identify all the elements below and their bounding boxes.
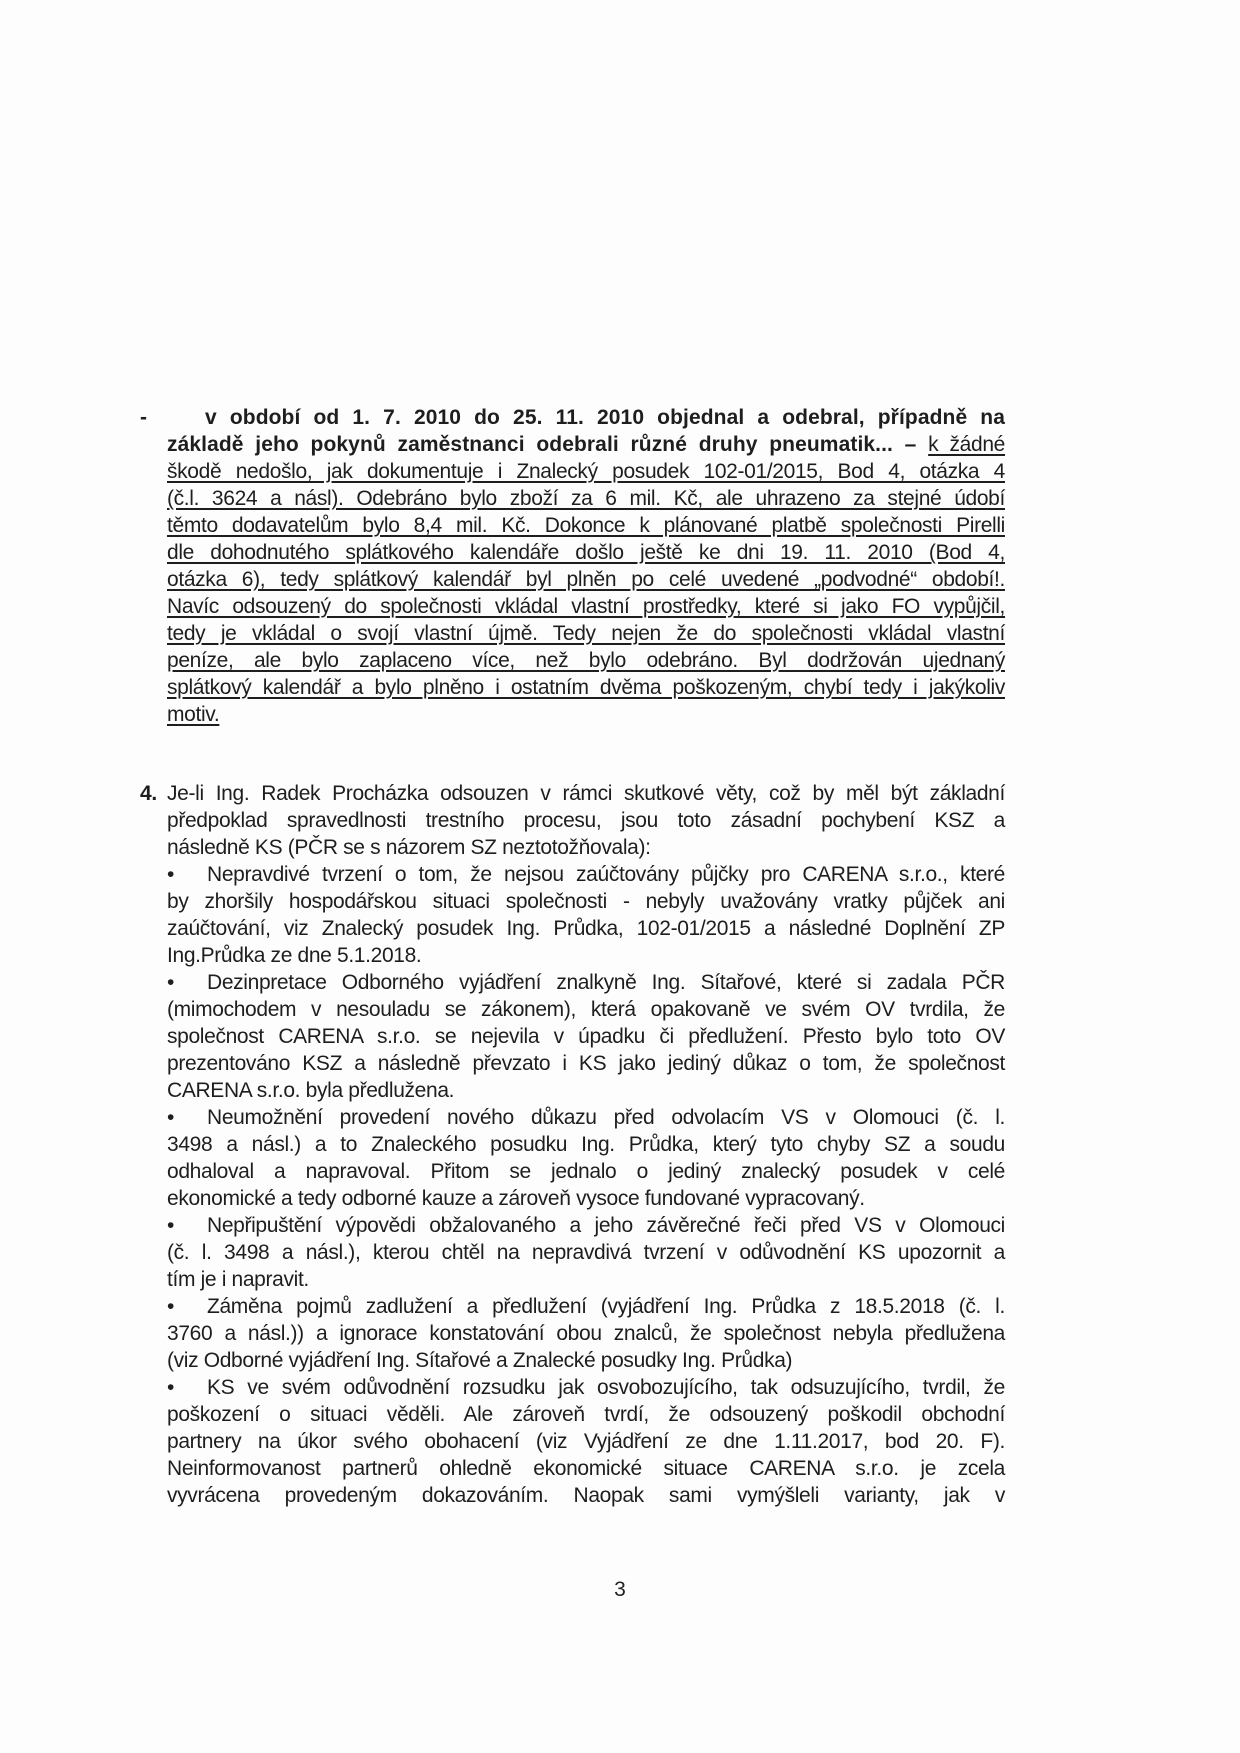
bullet-line: (č. l. 3498 a násl.), kterou chtěl na ne… xyxy=(167,1239,1005,1266)
bullet-line: Neinformovanost partnerů ohledně ekonomi… xyxy=(167,1455,1005,1482)
bullet-line: poškození o situaci věděli. Ale zároveň … xyxy=(167,1401,1005,1428)
paragraph-line: tedy je vkládal o svojí vlastní újmě. Te… xyxy=(167,620,1005,647)
bullet-line: partnery na úkor svého obohacení (viz Vy… xyxy=(167,1428,1005,1455)
bullet-icon: • xyxy=(167,1374,207,1401)
paragraph-line: (č.l. 3624 a násl). Odebráno bylo zboží … xyxy=(167,485,1005,512)
bullet-text: Nepravdivé tvrzení o tom, že nejsou zaúč… xyxy=(207,863,1005,886)
bullet-item: •KS ve svém odůvodnění rozsudku jak osvo… xyxy=(167,1374,1005,1509)
paragraph-line-underlined: k žádné xyxy=(928,433,1005,456)
bullet-line: zaúčtování, viz Znalecký posudek Ing. Pr… xyxy=(167,915,1005,942)
section-intro-line: předpoklad spravedlnosti trestního proce… xyxy=(167,807,1005,834)
bullet-line: společnost CARENA s.r.o. se nejevila v ú… xyxy=(167,1023,1005,1050)
bullet-icon: • xyxy=(167,1293,207,1320)
bullet-first-line: •Nepřipuštění výpovědi obžalovaného a je… xyxy=(167,1212,1005,1239)
bullet-line: 3498 a násl.) a to Znaleckého posudku In… xyxy=(167,1131,1005,1158)
section-intro-line: Je-li Ing. Radek Procházka odsouzen v rá… xyxy=(167,780,1005,807)
bullet-item: •Nepřipuštění výpovědi obžalovaného a je… xyxy=(167,1212,1005,1293)
paragraph-line: splátkový kalendář a bylo plněno i ostat… xyxy=(167,674,1005,701)
section-intro-line: následně KS (PČR se s názorem SZ neztoto… xyxy=(167,834,1005,861)
paragraph-line-bold: základě jeho pokynů zaměstnanci odebrali… xyxy=(167,433,928,456)
bullet-item: •Záměna pojmů zadlužení a předlužení (vy… xyxy=(167,1293,1005,1374)
bullet-first-line: •Záměna pojmů zadlužení a předlužení (vy… xyxy=(167,1293,1005,1320)
paragraph-line: dle dohodnutého splátkového kalendáře do… xyxy=(167,539,1005,566)
paragraph-line: otázka 6), tedy splátkový kalendář byl p… xyxy=(167,566,1005,593)
section-number: 4. xyxy=(140,780,157,807)
bullet-item: •Dezinpretace Odborného vyjádření znalky… xyxy=(167,969,1005,1104)
paragraph-dash-body: základě jeho pokynů zaměstnanci odebrali… xyxy=(167,431,1005,728)
bullet-line: ekonomické a tedy odborné kauze a zárove… xyxy=(167,1185,1005,1212)
paragraph-dash-first-line-wrap: v období od 1. 7. 2010 do 25. 11. 2010 o… xyxy=(205,404,1005,431)
paragraph-line: Navíc odsouzený do společnosti vkládal v… xyxy=(167,593,1005,620)
bullet-first-line: •Nepravdivé tvrzení o tom, že nejsou zaú… xyxy=(167,861,1005,888)
bullet-text: Nepřipuštění výpovědi obžalovaného a jeh… xyxy=(207,1214,1005,1237)
bullet-first-line: •Neumožnění provedení nového důkazu před… xyxy=(167,1104,1005,1131)
bullet-line: vyvrácena provedeným dokazováním. Naopak… xyxy=(167,1482,1005,1509)
bullet-line: by zhoršily hospodářskou situaci společn… xyxy=(167,888,1005,915)
list-dash-marker: - xyxy=(140,404,147,431)
bullet-item: •Neumožnění provedení nového důkazu před… xyxy=(167,1104,1005,1212)
bullet-first-line: •Dezinpretace Odborného vyjádření znalky… xyxy=(167,969,1005,996)
paragraph-line: peníze, ale bylo zaplaceno více, než byl… xyxy=(167,647,1005,674)
bullet-line: 3760 a násl.)) a ignorace konstatování o… xyxy=(167,1320,1005,1347)
bullet-text: Neumožnění provedení nového důkazu před … xyxy=(207,1106,1005,1129)
bullet-line: (mimochodem v nesouladu se zákonem), kte… xyxy=(167,996,1005,1023)
bullet-item: •Nepravdivé tvrzení o tom, že nejsou zaú… xyxy=(167,861,1005,969)
document-page: - v období od 1. 7. 2010 do 25. 11. 2010… xyxy=(0,0,1240,1753)
paragraph-line: škodě nedošlo, jak dokumentuje i Znaleck… xyxy=(167,458,1005,485)
bullet-line: (viz Odborné vyjádření Ing. Sítařové a Z… xyxy=(167,1347,1005,1374)
paragraph-line: základě jeho pokynů zaměstnanci odebrali… xyxy=(167,431,1005,458)
bullet-icon: • xyxy=(167,861,207,888)
paragraph-line: těmto dodavatelům bylo 8,4 mil. Kč. Doko… xyxy=(167,512,1005,539)
bullet-line: Ing.Průdka ze dne 5.1.2018. xyxy=(167,942,1005,969)
bullet-text: Záměna pojmů zadlužení a předlužení (vyj… xyxy=(207,1295,1005,1318)
paragraph-line: motiv. xyxy=(167,701,1005,728)
paragraph-line: v období od 1. 7. 2010 do 25. 11. 2010 o… xyxy=(205,404,1005,431)
section-4-intro: Je-li Ing. Radek Procházka odsouzen v rá… xyxy=(167,780,1005,861)
bullet-line: prezentováno KSZ a následně převzato i K… xyxy=(167,1050,1005,1077)
bullet-icon: • xyxy=(167,969,207,996)
bullet-text: Dezinpretace Odborného vyjádření znalkyn… xyxy=(207,971,1005,994)
bullet-icon: • xyxy=(167,1104,207,1131)
page-number: 3 xyxy=(0,1578,1240,1602)
bullet-line: tím je i napravit. xyxy=(167,1266,1005,1293)
bullet-line: odhaloval a napravoval. Přitom se jednal… xyxy=(167,1158,1005,1185)
bullet-first-line: •KS ve svém odůvodnění rozsudku jak osvo… xyxy=(167,1374,1005,1401)
bullet-line: CARENA s.r.o. byla předlužena. xyxy=(167,1077,1005,1104)
bullet-icon: • xyxy=(167,1212,207,1239)
bullet-text: KS ve svém odůvodnění rozsudku jak osvob… xyxy=(207,1376,1005,1399)
